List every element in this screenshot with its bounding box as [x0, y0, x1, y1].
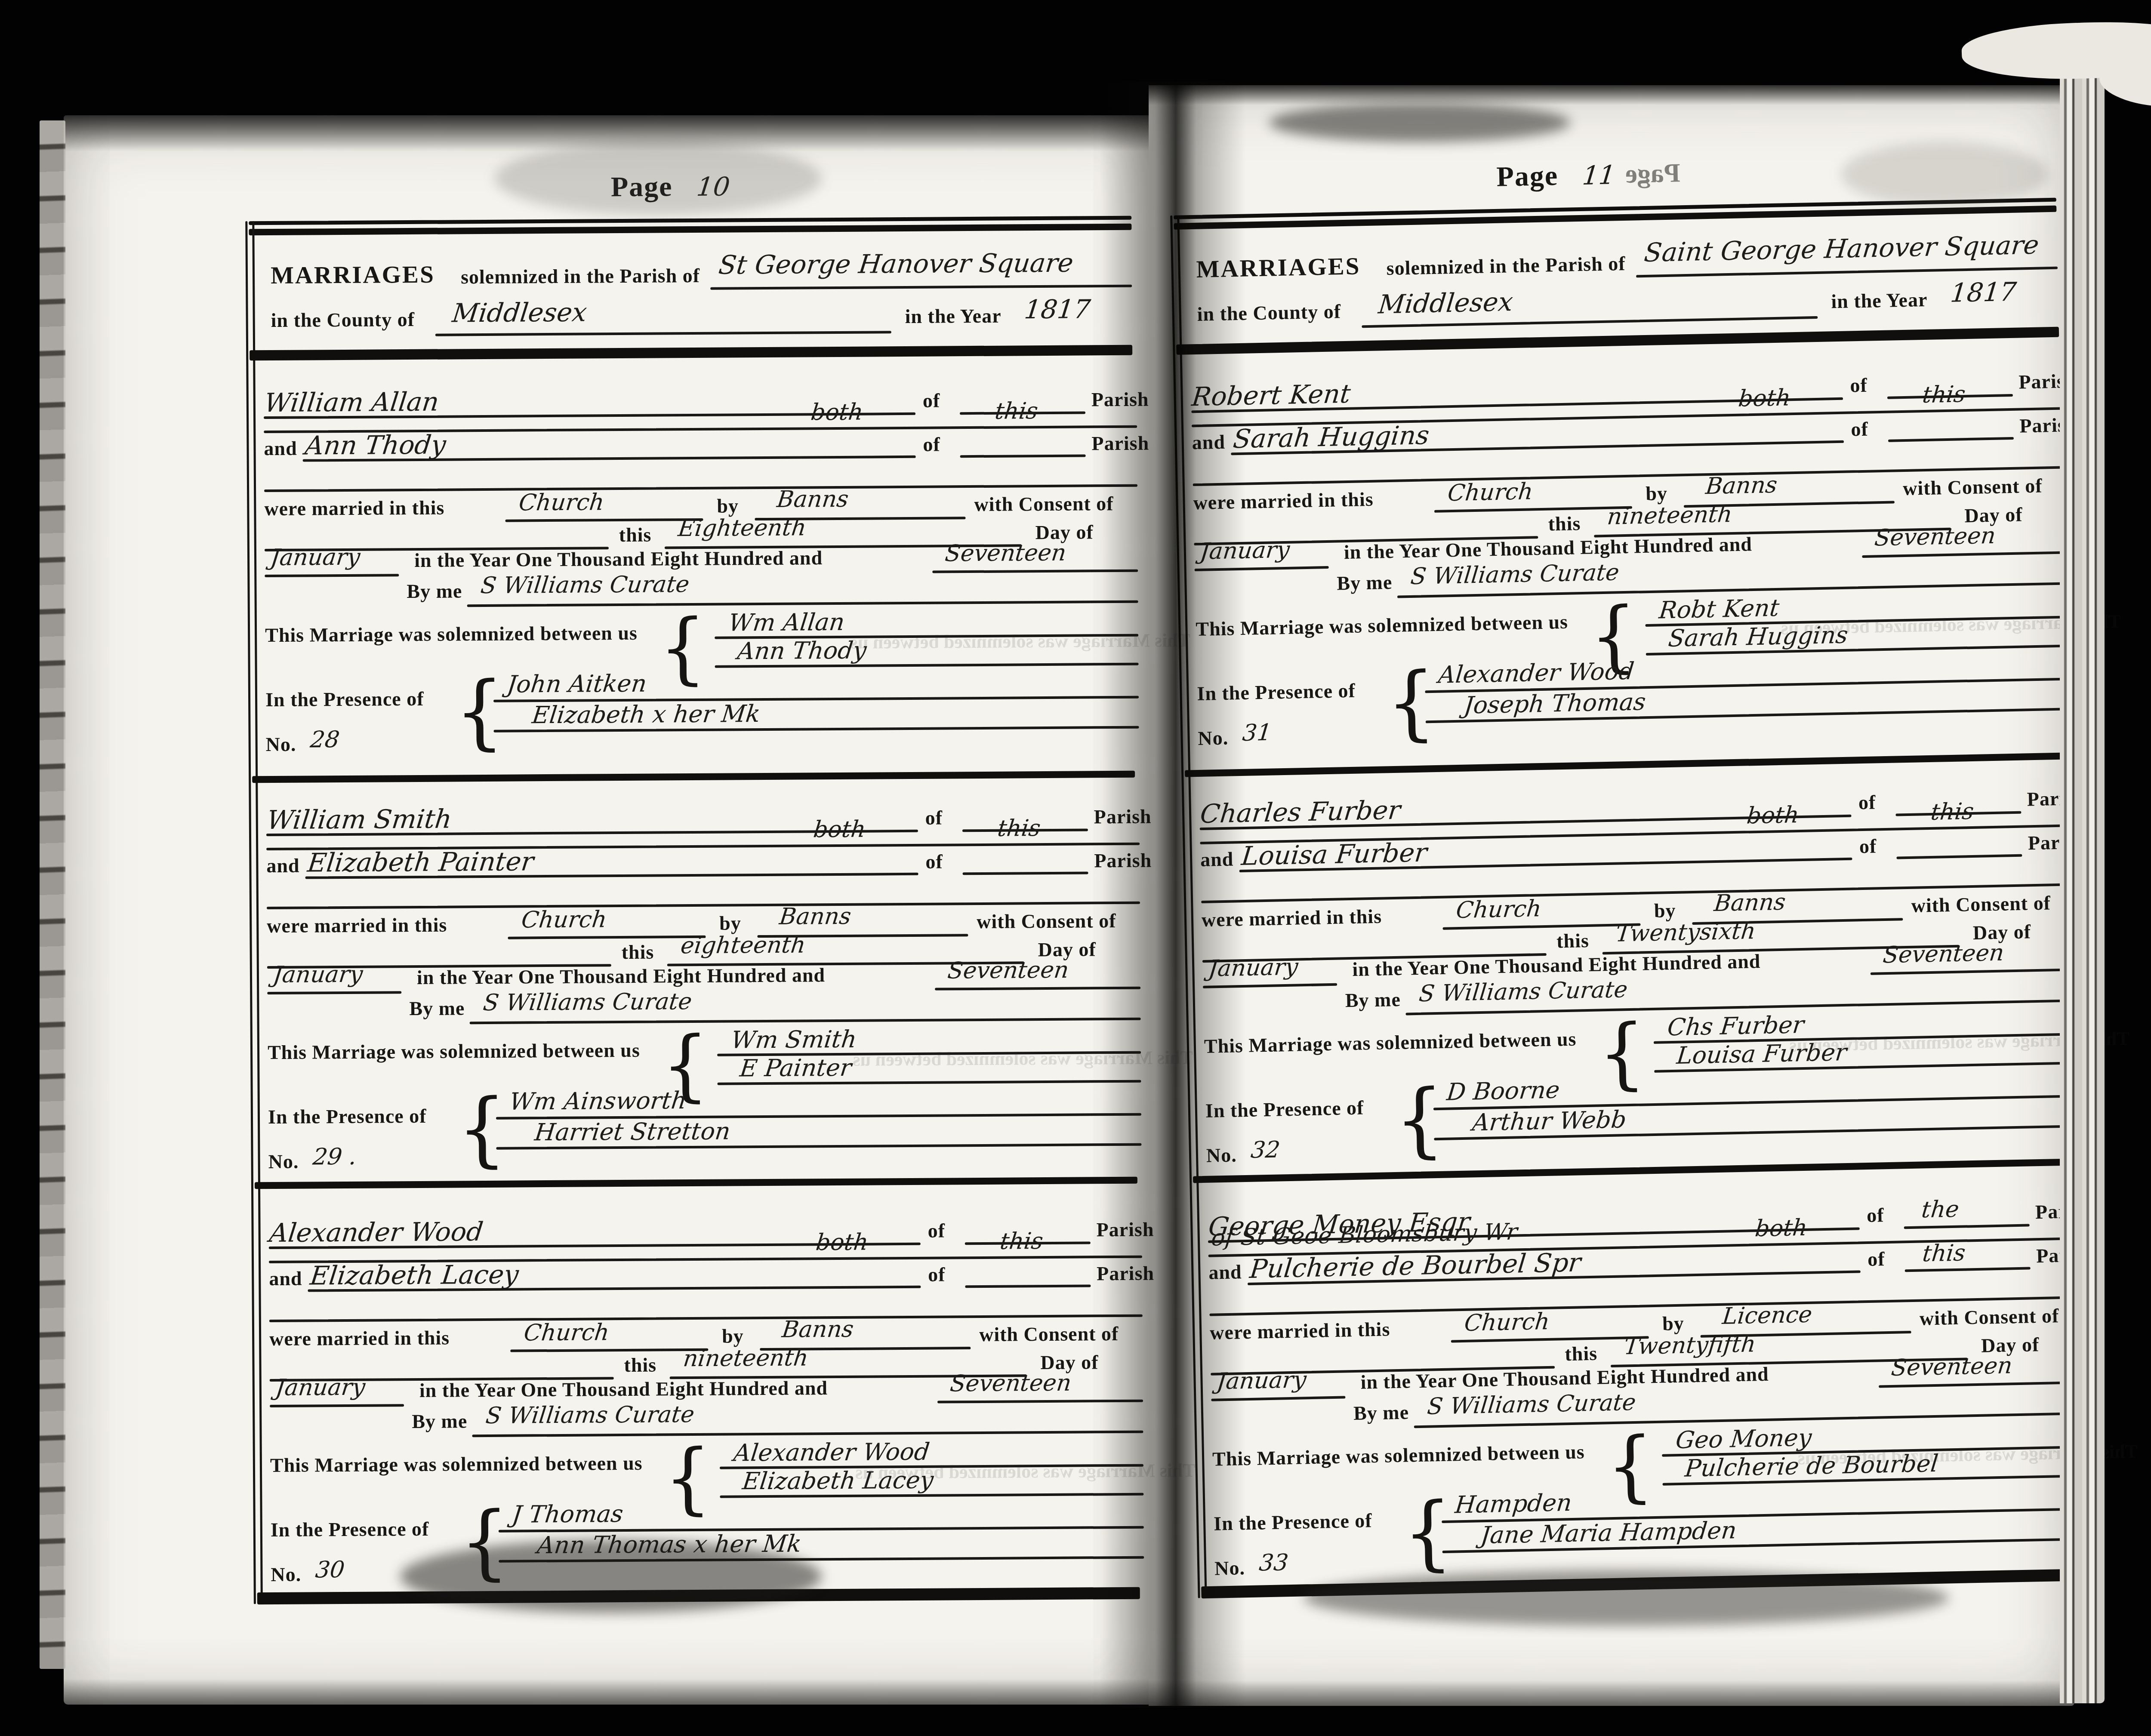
solemnized-label: solemnized in the Parish of [1386, 252, 1626, 280]
groom-signature: Robt Kent [1658, 594, 1781, 624]
rule-line [710, 285, 1132, 290]
entry-number: 32 [1250, 1136, 1282, 1163]
officiant-signature: S Williams Curate [1409, 559, 1621, 590]
rule-line [965, 1284, 1091, 1288]
bride-parish-word: this [1921, 1240, 1967, 1267]
both-word: both [1754, 1215, 1809, 1242]
groom-parish-word: the [1920, 1196, 1960, 1223]
byme-label: By me [412, 1410, 467, 1433]
betweenus-label: This Marriage was solemnized between us [1196, 610, 1569, 640]
marriage-entry: Alexander Wood of Parish both this and E… [268, 1206, 1144, 1601]
method-word: Banns [780, 1316, 855, 1343]
method-word: Banns [1704, 472, 1778, 499]
yearline-label: in the Year One Thousand Eight Hundred a… [414, 546, 823, 572]
betweenus-label: This Marriage was solemnized between us [270, 1452, 643, 1477]
day-word: Eighteenth [677, 514, 807, 542]
entry-number: 28 [309, 726, 341, 753]
married-label: were married in this [267, 914, 447, 938]
of-label: of [1867, 1247, 1885, 1271]
brace-glyph: { [455, 671, 505, 753]
venue-word: Church [523, 1319, 611, 1346]
of-label: of [1859, 834, 1877, 858]
and-label: and [266, 854, 299, 877]
consent-label: with Consent of [979, 1322, 1119, 1346]
county-name: Middlesex [450, 297, 588, 328]
yearline-label: in the Year One Thousand Eight Hundred a… [1352, 950, 1761, 981]
presence-label: In the Presence of [268, 1105, 427, 1128]
year-word: Seventeen [946, 957, 1070, 984]
byme-label: By me [1353, 1401, 1409, 1425]
of-label: of [1858, 791, 1876, 814]
ink-smudge [1269, 103, 1570, 142]
married-label: were married in this [269, 1327, 450, 1351]
left-page: Page 10 MARRIAGES solemnized in the Pari… [245, 165, 1145, 1646]
officiant-signature: S Williams Curate [484, 1401, 696, 1429]
of-label: of [1851, 418, 1868, 441]
this-label: this [621, 941, 654, 963]
brace-glyph: { [1402, 1492, 1453, 1574]
entry-number: 30 [314, 1557, 346, 1583]
entry-number: 33 [1258, 1549, 1290, 1576]
officiant-signature: S Williams Curate [1426, 1389, 1637, 1420]
rule-line [1434, 506, 1632, 513]
this-word: this [996, 815, 1042, 842]
this-word: this [998, 1228, 1045, 1255]
intheyear-label: in the Year [1831, 288, 1928, 313]
brace-glyph: { [1606, 1427, 1655, 1505]
both-word: both [812, 816, 867, 843]
both-word: both [809, 399, 864, 426]
witness1-signature: D Boorne [1445, 1076, 1561, 1105]
of-label: of [923, 433, 940, 456]
officiant-signature: S Williams Curate [482, 988, 693, 1016]
witness2-signature: Jane Maria Hampden [1479, 1516, 1738, 1549]
venue-word: Church [1463, 1308, 1551, 1336]
groom-signature: Chs Furber [1666, 1011, 1806, 1041]
of-label: of [1867, 1204, 1884, 1227]
year-value: 1817 [1949, 277, 2018, 308]
separator-rule [252, 771, 1135, 783]
year-word: Seventeen [1882, 939, 2005, 968]
witness1-signature: John Aitken [505, 670, 648, 698]
month-word: January [269, 544, 361, 571]
betweenus-label: This Marriage was solemnized between us [268, 1039, 640, 1064]
header-rule [1176, 327, 2059, 355]
scan-shadow [1149, 1680, 2074, 1706]
of-label: of [928, 1219, 945, 1242]
year-word: Seventeen [1890, 1352, 2013, 1381]
rule-line [269, 1314, 1143, 1322]
marriage-entry: William Allan of Parish both this and An… [264, 376, 1139, 771]
witness1-signature: Hampden [1454, 1489, 1573, 1519]
county-name: Middlesex [1377, 287, 1514, 320]
consent-label: with Consent of [1919, 1304, 2059, 1330]
no-label: No. [271, 1563, 301, 1586]
this-word: this [1921, 381, 1967, 408]
scan-shadow [64, 1679, 1149, 1705]
page-title: Page 11 Page [1496, 161, 1497, 195]
brace-glyph: { [664, 1439, 712, 1517]
byme-label: By me [1345, 988, 1401, 1012]
marriage-entry: William Smith of Parish both this and El… [266, 793, 1141, 1188]
marriage-entry: Robert Kent of Parish both this and Sara… [1191, 357, 2072, 765]
ink-smudge [1841, 142, 2048, 206]
right-page: Page 11 Page MARRIAGES solemnized in the… [1169, 147, 2089, 1640]
officiant-signature: S Williams Curate [479, 571, 691, 599]
day-word: nineteenth [1606, 501, 1733, 530]
yearline-label: in the Year One Thousand Eight Hundred a… [419, 1376, 828, 1402]
groom-name: Alexander Wood [268, 1217, 485, 1248]
consent-label: with Consent of [974, 492, 1114, 516]
this-label: this [1565, 1342, 1598, 1366]
groom-name: William Allan [263, 387, 441, 419]
married-label: were married in this [264, 496, 444, 520]
byme-label: By me [1337, 571, 1393, 595]
rule-line [963, 871, 1088, 875]
both-word: both [814, 1229, 869, 1256]
ink-smudge [495, 142, 822, 215]
page-edge-left [40, 120, 65, 1669]
rule-line [510, 1348, 708, 1352]
byme-label: By me [407, 579, 462, 603]
brace-glyph: { [659, 609, 707, 687]
of-label: of [925, 850, 943, 873]
consent-label: with Consent of [1911, 891, 2051, 917]
betweenus-label: This Marriage was solemnized between us [1212, 1440, 1585, 1470]
page-bleedthrough: Page [1625, 158, 1681, 190]
bride-signature: Ann Thody [736, 637, 868, 665]
yearline-label: in the Year One Thousand Eight Hundred a… [1344, 532, 1752, 563]
by-label: by [1662, 1312, 1685, 1335]
by-label: by [1646, 482, 1668, 505]
witness2-signature: Arthur Webb [1471, 1105, 1627, 1136]
brace-glyph: { [1598, 1014, 1646, 1093]
presence-label: In the Presence of [271, 1517, 429, 1541]
ink-smudge [400, 1540, 822, 1613]
rule-line [1905, 1267, 2031, 1272]
this-word: this [993, 398, 1039, 425]
header-rule [249, 224, 1131, 236]
witness1-signature: J Thomas [511, 1500, 625, 1528]
venue-word: Church [520, 906, 608, 933]
brace-glyph: { [1394, 1079, 1445, 1161]
this-label: this [1548, 512, 1581, 536]
rule-line [1904, 1224, 2030, 1229]
rule-line [265, 574, 399, 577]
groom-signature: Geo Money [1674, 1424, 1813, 1454]
entry-number: 29 . [311, 1144, 358, 1170]
page-number: 11 [1581, 160, 1617, 191]
rule-line [1879, 1381, 2084, 1388]
both-word: both [1745, 802, 1800, 829]
entry-number: 31 [1241, 720, 1273, 746]
rule-line [505, 518, 703, 522]
by-label: by [719, 911, 741, 934]
bride-signature: E Painter [739, 1054, 853, 1082]
yearline-label: in the Year One Thousand Eight Hundred a… [417, 963, 825, 989]
day-word: Twentysixth [1615, 918, 1757, 947]
rule-line [472, 1431, 1143, 1437]
officiant-signature: S Williams Curate [1418, 976, 1629, 1007]
this-label: this [624, 1354, 656, 1376]
scan-shadow [1149, 85, 2074, 105]
of-label: of [928, 1263, 946, 1286]
venue-word: Church [1455, 896, 1543, 923]
parish-name: Saint George Hanover Square [1643, 230, 2040, 268]
presence-label: In the Presence of [265, 687, 424, 711]
rule-line [1442, 923, 1640, 930]
bride-name: Elizabeth Painter [306, 846, 535, 878]
page-edge-stack [2060, 65, 2105, 1703]
marriage-entry: Charles Furber of Parish both this and L… [1199, 775, 2080, 1182]
rule-line [267, 991, 401, 994]
witness1-signature: Wm Ainsworth [508, 1087, 688, 1115]
brace-glyph: { [1386, 662, 1436, 744]
method-word: Banns [778, 903, 853, 930]
page-label: Page [1496, 160, 1559, 194]
groom-signature: Wm Allan [727, 608, 846, 637]
marriage-entry: George Money Esqr of the Parish of St Ge… [1207, 1188, 2088, 1595]
header-rule [249, 216, 1131, 225]
and-label: and [264, 437, 297, 460]
betweenus-label: This Marriage was solemnized between us [265, 622, 638, 646]
rule-line [1862, 551, 2068, 558]
rule-line [508, 936, 706, 939]
no-label: No. [266, 733, 296, 756]
byme-label: By me [409, 997, 465, 1020]
venue-word: Church [518, 489, 606, 516]
of-label: of [1850, 374, 1867, 397]
of-label: of [923, 389, 940, 412]
groom-signature: Wm Smith [730, 1025, 858, 1054]
rule-line [1896, 854, 2022, 859]
rule-line [470, 1018, 1141, 1025]
betweenus-label: This Marriage was solemnized between us [1204, 1028, 1577, 1058]
rule-line [1888, 437, 2014, 442]
witness2-signature: Elizabeth x her Mk [531, 700, 762, 729]
and-label: and [269, 1267, 302, 1290]
groom-abode: of St Geoe Bloomsbury Wr [1210, 1219, 1519, 1251]
of-label: of [925, 806, 943, 829]
this-word: this [1929, 798, 1975, 825]
witness1-signature: Alexander Wood [1437, 657, 1635, 689]
rule-line [264, 484, 1137, 492]
day-word: Twentyfifth [1623, 1331, 1757, 1360]
no-label: No. [268, 1150, 299, 1173]
county-label: in the County of [271, 308, 415, 332]
intheyear-label: in the Year [905, 305, 1001, 328]
year-word: Seventeen [949, 1370, 1072, 1397]
by-label: by [722, 1324, 744, 1347]
rule-line [1871, 968, 2076, 975]
consent-label: with Consent of [1903, 474, 2043, 500]
by-label: by [717, 494, 739, 517]
year-word: Seventeen [943, 540, 1067, 567]
marriages-heading: MARRIAGES [271, 261, 435, 289]
bride-name: Elizabeth Lacey [308, 1259, 520, 1291]
rule-line [1636, 267, 2058, 278]
witness2-signature: Harriet Stretton [533, 1117, 732, 1146]
this-label: this [619, 523, 652, 546]
rule-line [467, 600, 1138, 607]
rule-line [1451, 1336, 1649, 1342]
year-value: 1817 [1023, 294, 1092, 325]
register-scan: Page 10 MARRIAGES solemnized in the Pari… [0, 0, 2151, 1736]
yearline-label: in the Year One Thousand Eight Hundred a… [1360, 1363, 1769, 1394]
rule-line [267, 902, 1140, 909]
header-rule [250, 345, 1132, 361]
venue-word: Church [1446, 478, 1534, 506]
both-word: both [1737, 385, 1792, 412]
year-word: Seventeen [1873, 523, 1997, 551]
by-label: by [1654, 899, 1676, 922]
rule-line [435, 331, 891, 336]
groom-name: William Smith [265, 804, 453, 835]
ink-smudge [1304, 1570, 1949, 1626]
solemnized-label: solemnized in the Parish of [461, 264, 700, 288]
month-word: January [271, 961, 364, 988]
bride-name: Ann Thody [303, 430, 447, 461]
method-word: Licence [1721, 1302, 1814, 1330]
method-word: Banns [776, 486, 850, 513]
consent-label: with Consent of [977, 909, 1116, 933]
day-word: nineteenth [682, 1345, 810, 1372]
day-word: eighteenth [679, 932, 807, 959]
this-label: this [1556, 929, 1590, 953]
parish-name: St George Hanover Square [717, 248, 1075, 280]
book-gutter [1100, 82, 1246, 1708]
brace-glyph: { [457, 1088, 507, 1170]
rule-line [270, 1404, 404, 1407]
month-word: January [274, 1374, 367, 1401]
method-word: Banns [1713, 889, 1787, 917]
rule-line [960, 454, 1086, 458]
witness2-signature: Joseph Thomas [1463, 688, 1647, 719]
